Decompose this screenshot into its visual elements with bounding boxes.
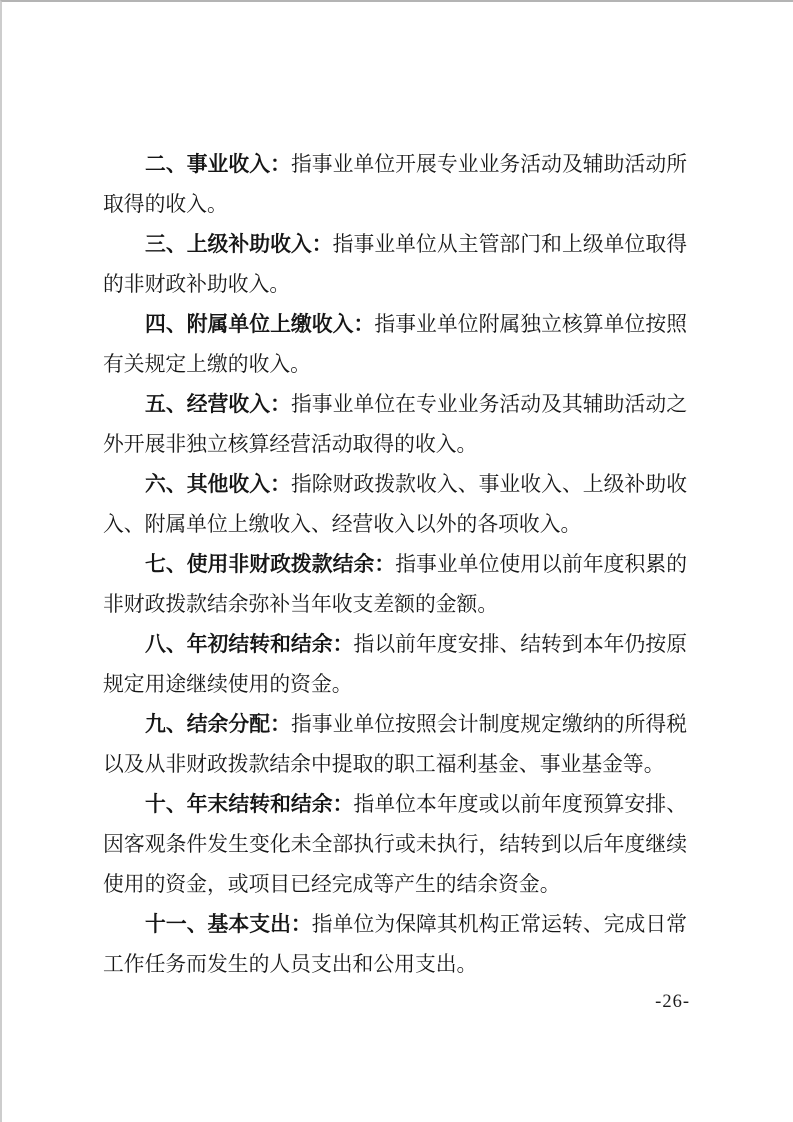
text-line: 使用的资金，或项目已经完成等产生的结余资金。	[103, 865, 687, 905]
term-heading: 五、经营收入：	[145, 393, 291, 416]
text-line: 二、事业收入：指事业单位开展专业业务活动及辅助活动所	[103, 145, 687, 185]
term-heading: 八、年初结转和结余：	[145, 633, 353, 656]
paragraph-shangji-buzhu: 三、上级补助收入：指事业单位从主管部门和上级单位取得 的非财政补助收入。	[103, 225, 687, 305]
text-line: 的非财政补助收入。	[103, 265, 687, 305]
text-line: 七、使用非财政拨款结余：指事业单位使用以前年度积累的	[103, 545, 687, 585]
text-line: 三、上级补助收入：指事业单位从主管部门和上级单位取得	[103, 225, 687, 265]
term-heading: 三、上级补助收入：	[145, 233, 333, 256]
term-text: 指单位为保障其机构正常运转、完成日常	[312, 913, 687, 936]
term-heading: 十一、基本支出：	[145, 913, 312, 936]
text-line: 六、其他收入：指除财政拨款收入、事业收入、上级补助收	[103, 465, 687, 505]
paragraph-fushu-shangjiao: 四、附属单位上缴收入：指事业单位附属独立核算单位按照 有关规定上缴的收入。	[103, 305, 687, 385]
text-line: 以及从非财政拨款结余中提取的职工福利基金、事业基金等。	[103, 745, 687, 785]
term-text: 指事业单位在专业业务活动及其辅助活动之	[291, 393, 687, 416]
text-line: 八、年初结转和结余：指以前年度安排、结转到本年仍按原	[103, 625, 687, 665]
term-heading: 四、附属单位上缴收入：	[145, 313, 374, 336]
term-text: 指单位本年度或以前年度预算安排、	[353, 793, 687, 816]
term-heading: 六、其他收入：	[145, 473, 291, 496]
text-line: 因客观条件发生变化未全部执行或未执行，结转到以后年度继续	[103, 825, 687, 865]
paragraph-jiben-zhichu: 十一、基本支出：指单位为保障其机构正常运转、完成日常 工作任务而发生的人员支出和…	[103, 905, 687, 985]
paragraph-qita-shouru: 六、其他收入：指除财政拨款收入、事业收入、上级补助收 入、附属单位上缴收入、经营…	[103, 465, 687, 545]
text-line: 九、结余分配：指事业单位按照会计制度规定缴纳的所得税	[103, 705, 687, 745]
text-line: 规定用途继续使用的资金。	[103, 665, 687, 705]
page-number: -26-	[655, 992, 690, 1013]
term-heading: 二、事业收入：	[145, 153, 291, 176]
text-line: 外开展非独立核算经营活动取得的收入。	[103, 425, 687, 465]
term-text: 指事业单位开展专业业务活动及辅助活动所	[291, 153, 687, 176]
text-line: 十一、基本支出：指单位为保障其机构正常运转、完成日常	[103, 905, 687, 945]
paragraph-jieyu-fenpei: 九、结余分配：指事业单位按照会计制度规定缴纳的所得税 以及从非财政拨款结余中提取…	[103, 705, 687, 785]
text-line: 四、附属单位上缴收入：指事业单位附属独立核算单位按照	[103, 305, 687, 345]
term-heading: 七、使用非财政拨款结余：	[145, 553, 395, 576]
page-content: 二、事业收入：指事业单位开展专业业务活动及辅助活动所 取得的收入。 三、上级补助…	[103, 145, 687, 985]
paragraph-feicaizheng-jieyu: 七、使用非财政拨款结余：指事业单位使用以前年度积累的 非财政拨款结余弥补当年收支…	[103, 545, 687, 625]
paragraph-nianmo-jiezhuan: 十、年末结转和结余：指单位本年度或以前年度预算安排、 因客观条件发生变化未全部执…	[103, 785, 687, 905]
term-heading: 九、结余分配：	[145, 713, 291, 736]
paragraph-jingying-shouru: 五、经营收入：指事业单位在专业业务活动及其辅助活动之 外开展非独立核算经营活动取…	[103, 385, 687, 465]
term-text: 指事业单位附属独立核算单位按照	[374, 313, 687, 336]
term-text: 指除财政拨款收入、事业收入、上级补助收	[291, 473, 687, 496]
term-text: 指事业单位使用以前年度积累的	[395, 553, 687, 576]
paragraph-nianchu-jiezhuan: 八、年初结转和结余：指以前年度安排、结转到本年仍按原 规定用途继续使用的资金。	[103, 625, 687, 705]
term-text: 指事业单位按照会计制度规定缴纳的所得税	[291, 713, 687, 736]
term-text: 指事业单位从主管部门和上级单位取得	[333, 233, 687, 256]
document-page: 二、事业收入：指事业单位开展专业业务活动及辅助活动所 取得的收入。 三、上级补助…	[0, 0, 793, 1122]
text-line: 取得的收入。	[103, 185, 687, 225]
text-line: 有关规定上缴的收入。	[103, 345, 687, 385]
term-heading: 十、年末结转和结余：	[145, 793, 353, 816]
text-line: 入、附属单位上缴收入、经营收入以外的各项收入。	[103, 505, 687, 545]
term-text: 指以前年度安排、结转到本年仍按原	[353, 633, 687, 656]
text-line: 十、年末结转和结余：指单位本年度或以前年度预算安排、	[103, 785, 687, 825]
paragraph-shiye-shouru: 二、事业收入：指事业单位开展专业业务活动及辅助活动所 取得的收入。	[103, 145, 687, 225]
text-line: 五、经营收入：指事业单位在专业业务活动及其辅助活动之	[103, 385, 687, 425]
text-line: 工作任务而发生的人员支出和公用支出。	[103, 945, 687, 985]
text-line: 非财政拨款结余弥补当年收支差额的金额。	[103, 585, 687, 625]
